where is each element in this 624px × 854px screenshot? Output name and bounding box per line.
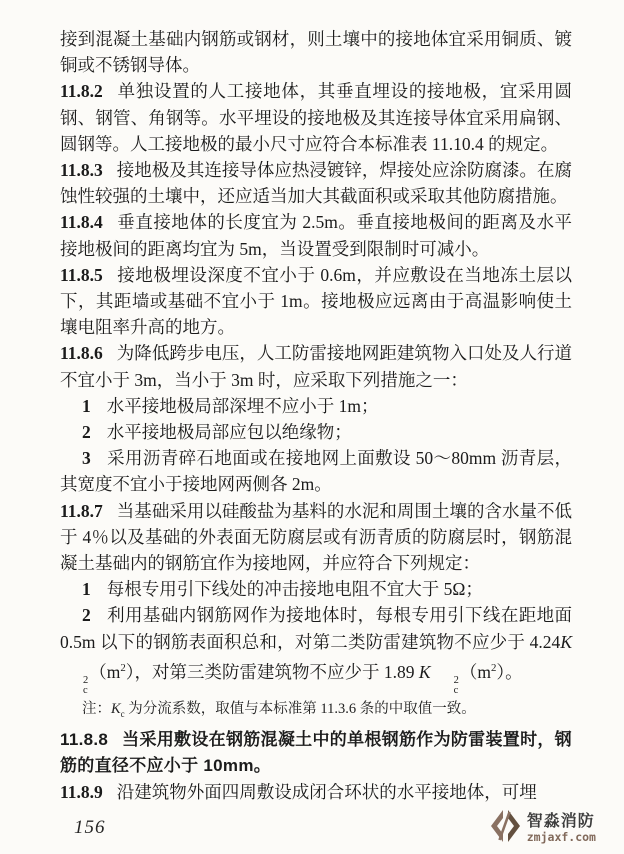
section-paragraph: 11.8.8当采用敷设在钢筋混凝土中的单根钢筋作为防雷装置时，钢筋的直径不应小于… <box>60 727 572 779</box>
text-run: K <box>560 632 572 652</box>
section-paragraph: 11.8.6为降低跨步电压，人工防雷接地网距建筑物入口处及人行道不宜小于 3m，… <box>60 340 572 392</box>
text-run: K <box>419 662 431 682</box>
section-number: 11.8.6 <box>60 343 103 363</box>
section-paragraph: 接到混凝土基础内钢筋或钢材，则土壤中的接地体宜采用铜质、镀铜或不锈钢导体。 <box>60 26 572 78</box>
text-run: 利用基础内钢筋网作为接地体时，每根专用引下线在距地面 0.5m 以下的钢筋表面积… <box>60 605 572 651</box>
text-run: 沿建筑物外面四周敷设成闭合环状的水平接地体，可埋 <box>117 782 537 802</box>
brand-logo-icon <box>489 808 522 849</box>
section-number: 11.8.7 <box>60 501 103 521</box>
section-number: 11.8.2 <box>60 81 103 101</box>
watermark-brand-name: 智淼消防 <box>527 814 596 831</box>
text-run: 水平接地极局部深埋不应小于 1m； <box>107 396 379 416</box>
text-run: 单独设置的人工接地体，其垂直埋设的接地极，宜采用圆钢、钢管、角钢等。水平埋设的接… <box>60 81 572 153</box>
list-item: 2水平接地极局部应包以绝缘物； <box>60 419 572 445</box>
text-run: 2c <box>432 676 459 696</box>
watermark-domain: zmjaxf.com <box>527 831 596 843</box>
section-paragraph: 11.8.7当基础采用以硅酸盐为基料的水泥和周围土壤的含水量不低于 4％以及基础… <box>60 498 572 577</box>
text-run: 每根专用引下线处的冲击接地电阻不宜大于 5Ω； <box>107 579 483 599</box>
list-item: 1每根专用引下线处的冲击接地电阻不宜大于 5Ω； <box>60 576 572 602</box>
section-paragraph: 11.8.9沿建筑物外面四周敷设成闭合环状的水平接地体，可埋 <box>60 779 572 805</box>
text-run: 为分流系数，取值与本标准第 11.3.6 条的中取值一致。 <box>125 701 476 717</box>
item-number: 3 <box>82 448 91 468</box>
note: 注：Kc 为分流系数，取值与本标准第 11.3.6 条的中取值一致。 <box>60 696 572 727</box>
section-paragraph: 11.8.2单独设置的人工接地体，其垂直埋设的接地极，宜采用圆钢、钢管、角钢等。… <box>60 78 572 157</box>
text-run: 当采用敷设在钢筋混凝土中的单根钢筋作为防雷装置时，钢筋的直径不应小于 10mm。 <box>60 730 572 775</box>
watermark-text: 智淼消防 zmjaxf.com <box>527 814 596 843</box>
text-run: K <box>111 701 121 717</box>
section-number: 11.8.5 <box>60 265 103 285</box>
page-number: 156 <box>74 817 106 839</box>
text-run: ），对第三类防雷建筑物不应少于 1.89 <box>126 662 419 682</box>
item-number: 2 <box>82 605 91 625</box>
item-number: 2 <box>82 422 91 442</box>
section-number: 11.8.4 <box>60 212 103 232</box>
section-paragraph: 11.8.4垂直接地体的长度宜为 2.5m。垂直接地极间的距离及水平接地极间的距… <box>60 209 572 261</box>
list-item: 3采用沥青碎石地面或在接地网上面敷设 50～80mm 沥青层，其宽度不宜小于接地… <box>60 445 572 497</box>
section-number: 11.8.9 <box>60 782 103 802</box>
text-run: ）。 <box>496 662 522 682</box>
text-run: （m <box>460 662 491 682</box>
item-number: 1 <box>82 579 91 599</box>
document-page: 接到混凝土基础内钢筋或钢材，则土壤中的接地体宜采用铜质、镀铜或不锈钢导体。11.… <box>0 0 624 854</box>
list-item: 2利用基础内钢筋网作为接地体时，每根专用引下线在距地面 0.5m 以下的钢筋表面… <box>60 602 572 695</box>
list-item: 1水平接地极局部深埋不应小于 1m； <box>60 393 572 419</box>
section-number: 11.8.3 <box>60 160 103 180</box>
text-run: 接地极及其连接导体应热浸镀锌，焊接处应涂防腐漆。在腐蚀性较强的土壤中，还应适当加… <box>60 160 572 206</box>
text-run: 采用沥青碎石地面或在接地网上面敷设 50～80mm 沥青层，其宽度不宜小于接地网… <box>60 448 572 494</box>
text-run: 水平接地极局部应包以绝缘物； <box>107 422 352 442</box>
subscript: c <box>432 686 459 696</box>
section-paragraph: 11.8.5接地极埋设深度不宜小于 0.6m，并应敷设在当地冻土层以下，其距墙或… <box>60 262 572 341</box>
text-run: 注： <box>82 701 111 717</box>
text-run: （m <box>89 662 120 682</box>
text-run: 接到混凝土基础内钢筋或钢材，则土壤中的接地体宜采用铜质、镀铜或不锈钢导体。 <box>60 29 572 75</box>
section-number: 11.8.8 <box>60 730 108 749</box>
text-run: 当基础采用以硅酸盐为基料的水泥和周围土壤的含水量不低于 4％以及基础的外表面无防… <box>60 501 572 573</box>
section-paragraph: 11.8.3接地极及其连接导体应热浸镀锌，焊接处应涂防腐漆。在腐蚀性较强的土壤中… <box>60 157 572 209</box>
text-run: 接地极埋设深度不宜小于 0.6m，并应敷设在当地冻土层以下，其距墙或基础不宜小于… <box>60 265 572 337</box>
item-number: 1 <box>82 396 91 416</box>
text-block: 接到混凝土基础内钢筋或钢材，则土壤中的接地体宜采用铜质、镀铜或不锈钢导体。11.… <box>60 26 572 806</box>
text-run: 垂直接地体的长度宜为 2.5m。垂直接地极间的距离及水平接地极间的距离均宜为 5… <box>60 212 572 258</box>
watermark: 智淼消防 zmjaxf.com <box>489 808 596 849</box>
text-run: 2c <box>61 676 88 696</box>
text-run: 为降低跨步电压，人工防雷接地网距建筑物入口处及人行道不宜小于 3m，当小于 3m… <box>60 343 572 389</box>
subscript: c <box>61 686 88 696</box>
